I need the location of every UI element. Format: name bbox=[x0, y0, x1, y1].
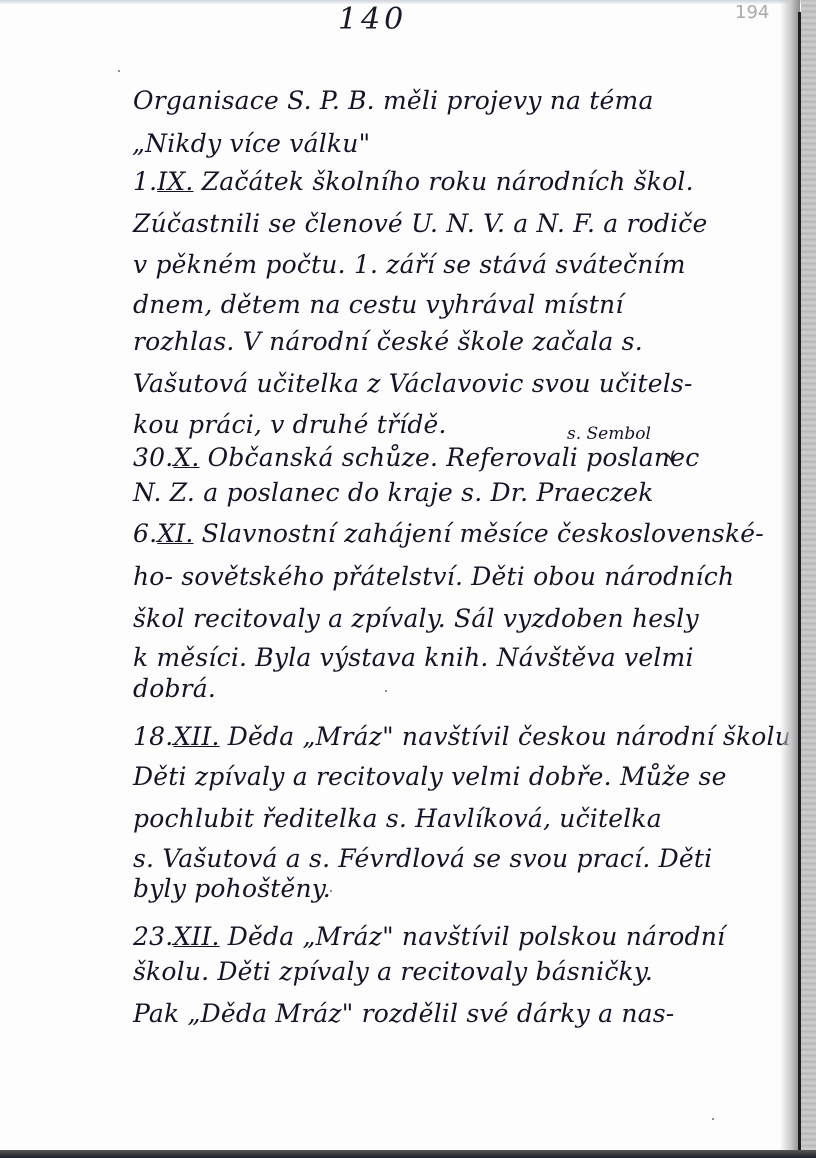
line-text: dobrá. bbox=[133, 674, 216, 703]
margin-insertion: s. Sembol bbox=[567, 424, 651, 444]
handwritten-line: rozhlas. V národní české škole začala s. bbox=[133, 327, 643, 357]
line-text: školu. Děti zpívaly a recitovaly básničk… bbox=[133, 957, 653, 986]
handwritten-line: „Nikdy více válku" bbox=[132, 129, 370, 159]
line-text: Pak „Děda Mráz" rozdělil své dárky a nas… bbox=[133, 999, 674, 1028]
handwritten-line: byly pohoštěny. bbox=[133, 874, 331, 904]
handwritten-line: pochlubit ředitelka s. Havlíková, učitel… bbox=[133, 804, 662, 834]
handwritten-line: škol recitovaly a zpívaly. Sál vyzdoben … bbox=[133, 604, 699, 634]
line-text: Zúčastnili se členové U. N. V. a N. F. a… bbox=[133, 209, 708, 238]
scan-speck bbox=[118, 70, 120, 72]
handwritten-line: s. Vašutová a s. Févrdlová se svou prací… bbox=[133, 844, 712, 874]
handwritten-line: k měsíci. Byla výstava knih. Návštěva ve… bbox=[133, 643, 694, 673]
scan-speck bbox=[385, 690, 387, 692]
page-top-edge bbox=[0, 0, 816, 4]
handwritten-line: kou práci, v druhé třídě. bbox=[133, 410, 447, 440]
line-text: kou práci, v druhé třídě. bbox=[133, 410, 447, 439]
handwritten-line: Zúčastnili se členové U. N. V. a N. F. a… bbox=[133, 209, 708, 239]
entry-date-day: 23. bbox=[133, 922, 173, 951]
binding-shadow bbox=[780, 0, 800, 1150]
line-text: byly pohoštěny. bbox=[133, 874, 331, 903]
binding-strip bbox=[801, 0, 816, 1150]
line-text: škol recitovaly a zpívaly. Sál vyzdoben … bbox=[133, 604, 699, 633]
line-text: s. Vašutová a s. Févrdlová se svou prací… bbox=[133, 844, 712, 873]
entry-date-day: 6. bbox=[133, 519, 157, 548]
scanned-page: 140 194 Organisace S. P. B. měli projevy… bbox=[0, 0, 816, 1158]
line-text: Děti zpívaly a recitovaly velmi dobře. M… bbox=[133, 762, 727, 791]
handwritten-line: dnem, dětem na cestu vyhrával místní bbox=[133, 290, 624, 320]
entry-line-18-xii: 18.XII. Děda „Mráz" navštívil českou nár… bbox=[133, 722, 799, 752]
handwritten-line: dobrá. bbox=[133, 674, 216, 704]
line-text: Vašutová učitelka z Václavovic svou učit… bbox=[133, 369, 693, 398]
line-text: „Nikdy více válku" bbox=[132, 129, 370, 158]
handwritten-line: Organisace S. P. B. měli projevy na téma bbox=[133, 86, 654, 116]
line-text: N. Z. a poslanec do kraje s. Dr. Praecze… bbox=[133, 478, 654, 507]
entry-line-30-x: 30.X. Občanská schůze. Referovali poslan… bbox=[133, 443, 699, 473]
line-text: rozhlas. V národní české škole začala s. bbox=[133, 327, 643, 356]
handwritten-line: Děti zpívaly a recitovaly velmi dobře. M… bbox=[133, 762, 727, 792]
line-text: Slavnostní zahájení měsíce československ… bbox=[194, 519, 764, 548]
entry-line-6-xi: 6.XI. Slavnostní zahájení měsíce českosl… bbox=[133, 519, 764, 549]
line-text: Občanská schůze. Referovali poslanec bbox=[200, 443, 700, 472]
archive-corner-mark: 194 bbox=[735, 2, 769, 23]
entry-date-month: IX. bbox=[157, 167, 193, 196]
handwritten-line: v pěkném počtu. 1. září se stává svátečn… bbox=[133, 250, 686, 280]
line-text: Děda „Mráz" navštívil českou národní ško… bbox=[220, 722, 800, 751]
line-text: dnem, dětem na cestu vyhrával místní bbox=[133, 290, 624, 319]
line-text: v pěkném počtu. 1. září se stává svátečn… bbox=[133, 250, 686, 279]
handwritten-line: Vašutová učitelka z Václavovic svou učit… bbox=[133, 369, 693, 399]
entry-line-23-xii: 23.XII. Děda „Mráz" navštívil polskou ná… bbox=[133, 922, 725, 952]
handwritten-line: ho- sovětského přátelství. Děti obou nár… bbox=[133, 562, 734, 592]
line-text: ho- sovětského přátelství. Děti obou nár… bbox=[133, 562, 734, 591]
scanner-bottom-edge bbox=[0, 1150, 816, 1158]
scan-speck bbox=[330, 890, 332, 892]
handwritten-line: N. Z. a poslanec do kraje s. Dr. Praecze… bbox=[133, 478, 654, 508]
page-number: 140 bbox=[338, 2, 407, 37]
entry-date-day: 1. bbox=[133, 167, 157, 196]
entry-date-month: XI. bbox=[157, 519, 193, 548]
entry-date-month: X. bbox=[173, 443, 199, 472]
line-text: Děda „Mráz" navštívil polskou národní bbox=[220, 922, 726, 951]
line-text: Organisace S. P. B. měli projevy na téma bbox=[133, 86, 654, 115]
handwritten-line: školu. Děti zpívaly a recitovaly básničk… bbox=[133, 957, 653, 987]
entry-date-month: XII. bbox=[173, 922, 219, 951]
line-text: pochlubit ředitelka s. Havlíková, učitel… bbox=[133, 804, 662, 833]
handwritten-line: Pak „Děda Mráz" rozdělil své dárky a nas… bbox=[133, 999, 674, 1029]
entry-date-day: 30. bbox=[133, 443, 173, 472]
entry-line-1-ix: 1.IX. Začátek školního roku národních šk… bbox=[133, 167, 694, 197]
scan-speck bbox=[712, 1118, 714, 1120]
entry-date-day: 18. bbox=[133, 722, 173, 751]
line-text: Začátek školního roku národních škol. bbox=[194, 167, 694, 196]
entry-date-month: XII. bbox=[173, 722, 219, 751]
line-text: k měsíci. Byla výstava knih. Návštěva ve… bbox=[133, 643, 694, 672]
